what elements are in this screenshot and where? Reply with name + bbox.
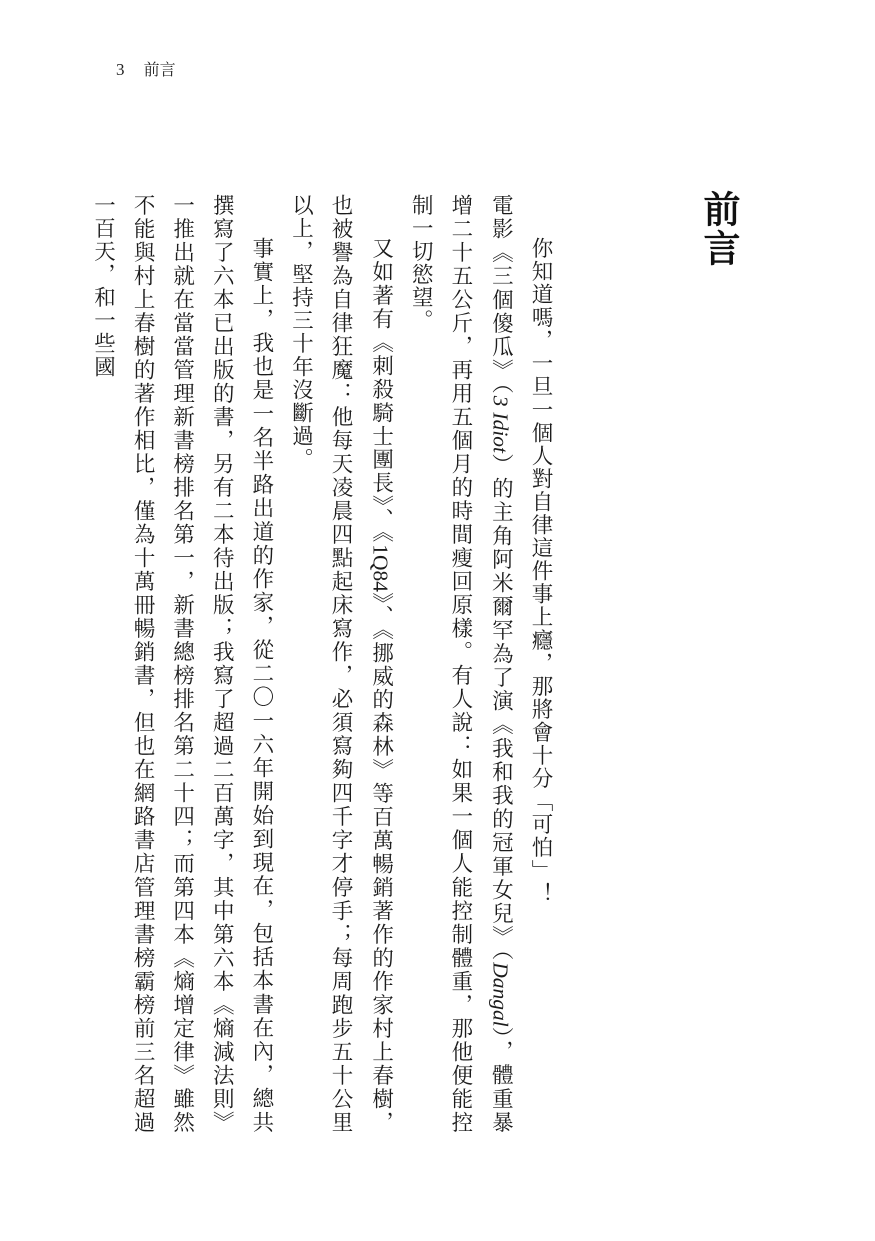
film-title-dangal: Dangal	[488, 962, 512, 1027]
page-number: 3	[116, 60, 125, 80]
paragraph-4-text: 事實上，我也是一名半路出道的作家，從二〇一六年開始到現在，包括本書在內，總共撰寫…	[90, 194, 273, 1134]
paragraph-3-text-a: 又如著有《刺殺騎士團長》、《	[369, 237, 394, 544]
chapter-title: 前言	[697, 190, 741, 268]
paragraph-2-text-b: ）的主角阿米爾罕為了演《我和我的冠軍女兒》（	[488, 453, 513, 962]
running-head-section: 前言	[144, 60, 176, 79]
book-title-1q84: 1Q84	[369, 544, 393, 592]
paragraph-2: 電影《三個傻瓜》（3 Idiot）的主角阿米爾罕為了演《我和我的冠軍女兒》（Da…	[401, 194, 521, 1134]
paragraph-1-text: 你知道嗎，一旦一個人對自律這件事上癮，那將會十分「可怕」！	[528, 237, 553, 905]
film-title-3-idiot: 3 Idiot	[488, 396, 512, 453]
paragraph-3: 又如著有《刺殺騎士團長》、《1Q84》、《挪威的森林》等百萬暢銷著作的作家村上春…	[281, 194, 401, 1134]
body-text: 你知道嗎，一旦一個人對自律這件事上癮，那將會十分「可怕」！ 電影《三個傻瓜》（3…	[83, 194, 560, 1134]
paragraph-4: 事實上，我也是一名半路出道的作家，從二〇一六年開始到現在，包括本書在內，總共撰寫…	[83, 194, 281, 1134]
running-head: 3 前言	[116, 60, 176, 80]
paragraph-2-text-a: 電影《三個傻瓜》（	[488, 194, 513, 396]
paragraph-1: 你知道嗎，一旦一個人對自律這件事上癮，那將會十分「可怕」！	[520, 194, 560, 1134]
